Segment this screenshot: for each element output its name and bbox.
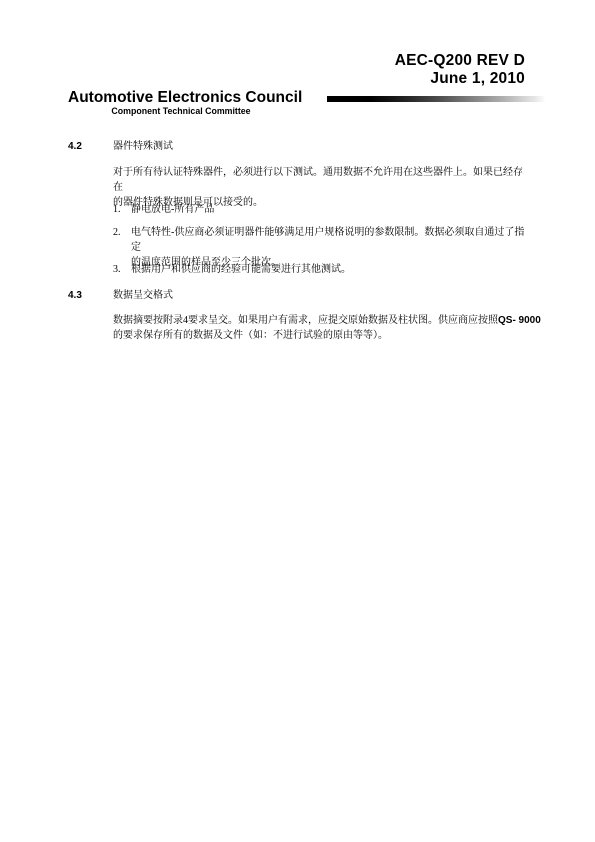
section-4-2-title: 器件特殊测试	[113, 139, 173, 154]
list-item: 1.静电放电-所有产品	[113, 202, 527, 217]
list-item-marker: 1.	[113, 202, 131, 217]
doc-date: June 1, 2010	[395, 70, 525, 88]
org-title-block: Automotive Electronics Council Component…	[68, 89, 294, 117]
section-4-3-paragraph: 数据摘要按附录4要求呈交。如果用户有需求，应提交原始数据及柱状图。供应商应按照Q…	[113, 313, 531, 343]
org-subtitle: Component Technical Committee	[68, 106, 294, 117]
paragraph-line: 的要求保存所有的数据及文件（如：不进行试验的原由等等）。	[113, 328, 531, 343]
paragraph-text: 数据摘要按附录4要求呈交。如果用户有需求，应提交原始数据及柱状图。供应商应按照	[113, 315, 498, 326]
list-item-marker: 2.	[113, 225, 131, 240]
org-name: Automotive Electronics Council	[68, 89, 294, 106]
list-item-marker: 3.	[113, 262, 131, 277]
list-item-text: 静电放电-所有产品	[131, 202, 525, 217]
doc-number: AEC-Q200 REV D	[395, 52, 525, 70]
gradient-rule	[327, 96, 546, 102]
section-4-3-number: 4.3	[68, 288, 82, 303]
list-item: 3.根据用户和供应商的经验可能需要进行其他测试。	[113, 262, 527, 277]
doc-header: AEC-Q200 REV D June 1, 2010	[395, 52, 525, 88]
paragraph-line: 数据摘要按附录4要求呈交。如果用户有需求，应提交原始数据及柱状图。供应商应按照Q…	[113, 313, 531, 328]
list-item-text: 根据用户和供应商的经验可能需要进行其他测试。	[131, 262, 525, 277]
section-4-2-number: 4.2	[68, 139, 82, 154]
qs9000-reference: QS- 9000	[498, 315, 541, 326]
document-page: AEC-Q200 REV D June 1, 2010 Automotive E…	[0, 0, 595, 842]
section-4-3-title: 数据呈交格式	[113, 288, 173, 303]
